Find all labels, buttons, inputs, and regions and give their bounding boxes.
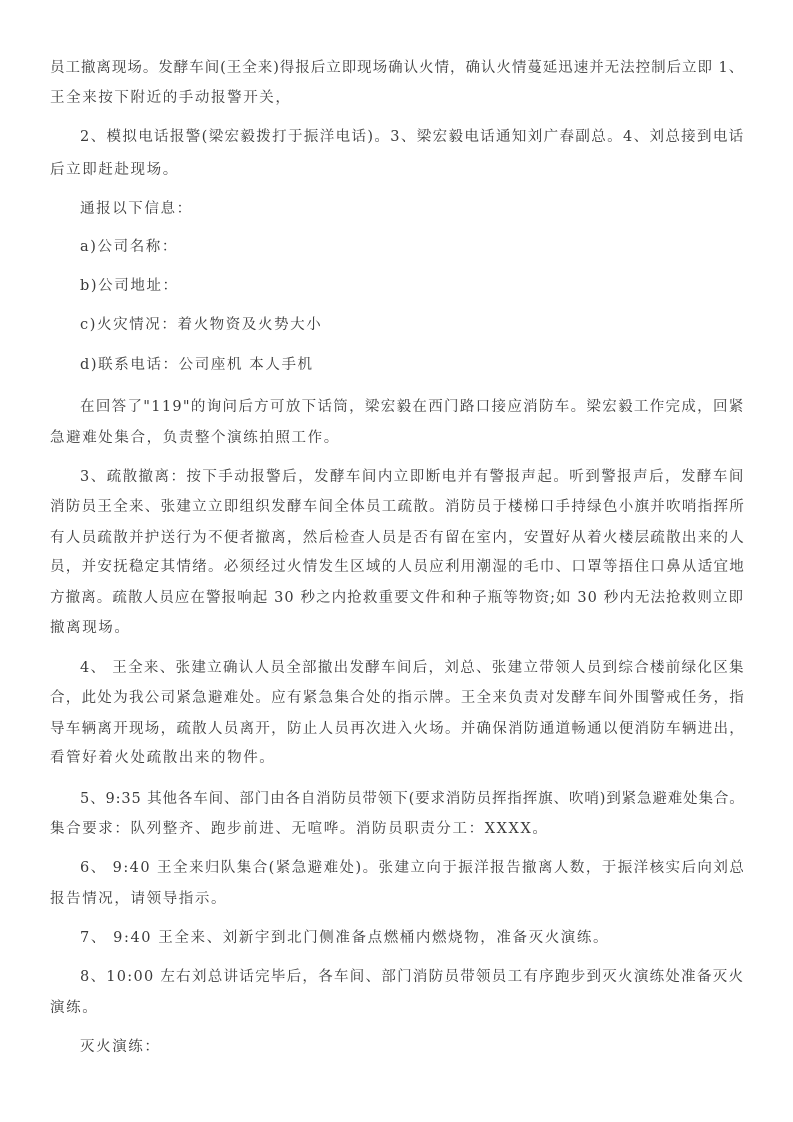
- text-line: 员，并安抚稳定其情绪。必须经过火情发生区域的人员应利用潮湿的毛巾、口罩等捂住口鼻…: [50, 557, 745, 577]
- text-line: 演练。: [50, 998, 98, 1018]
- text-line: c)火灾情况：着火物资及火势大小: [80, 315, 322, 335]
- text-line: 员工撤离现场。发酵车间(王全来)得报后立即现场确认火情，确认火情蔓延迅速并无法控…: [50, 58, 744, 78]
- text-line: d)联系电话：公司座机 本人手机: [80, 355, 314, 375]
- text-line: 6、 9:40 王全来归队集合(紧急避难处)。张建立向于振洋报告撤离人数，于振洋…: [80, 858, 745, 878]
- text-line: 有人员疏散并护送行为不便者撤离，然后检查人员是否有留在室内，安置好从着火楼层疏散…: [50, 528, 745, 548]
- text-line: 4、 王全来、张建立确认人员全部撤出发酵车间后，刘总、张建立带领人员到综合楼前绿…: [80, 658, 745, 678]
- text-line: 通报以下信息：: [80, 199, 193, 219]
- text-line: 撤离现场。: [50, 618, 131, 638]
- text-line: b)公司地址：: [80, 276, 179, 296]
- text-line: 王全来按下附近的手动报警开关，: [50, 88, 292, 108]
- text-line: 导车辆离开现场，疏散人员离开，防止人员再次进入火场。并确保消防通道畅通以便消防车…: [50, 719, 745, 739]
- text-line: 消防员王全来、张建立立即组织发酵车间全体员工疏散。消防员于楼梯口手持绿色小旗并吹…: [50, 497, 745, 517]
- text-line: 5、9:35 其他各车间、部门由各自消防员带领下(要求消防员挥指挥旗、吹哨)到紧…: [80, 789, 745, 809]
- text-line: 集合要求：队列整齐、跑步前进、无喧哗。消防员职责分工：XXXX。: [50, 819, 549, 839]
- text-line: 灭火演练：: [80, 1037, 161, 1057]
- text-line: 7、 9:40 王全来、刘新宇到北门侧准备点燃桶内燃烧物，准备灭火演练。: [80, 928, 609, 948]
- text-line: 合，此处为我公司紧急避难处。应有紧急集合处的指示牌。王全来负责对发酵车间外围警戒…: [50, 688, 745, 708]
- text-line: 后立即赶赴现场。: [50, 160, 179, 180]
- text-line: 方撤离。疏散人员应在警报响起 30 秒之内抢救重要文件和种子瓶等物资;如 30 …: [50, 588, 744, 608]
- text-line: 在回答了"119"的询问后方可放下话筒，梁宏毅在西门路口接应消防车。梁宏毅工作完…: [80, 397, 745, 417]
- text-line: 看管好着火处疏散出来的物件。: [50, 748, 275, 768]
- text-line: a)公司名称：: [80, 237, 178, 257]
- text-line: 2、模拟电话报警(梁宏毅拨打于振洋电话)。3、梁宏毅电话通知刘广春副总。4、刘总…: [80, 127, 745, 147]
- text-line: 8、10:00 左右刘总讲话完毕后，各车间、部门消防员带领员工有序跑步到灭火演练…: [80, 967, 744, 987]
- text-line: 急避难处集合，负责整个演练拍照工作。: [50, 428, 340, 448]
- text-line: 报告情况，请领导指示。: [50, 889, 227, 909]
- text-line: 3、疏散撤离：按下手动报警后，发酵车间内立即断电并有警报声起。听到警报声后，发酵…: [80, 467, 745, 487]
